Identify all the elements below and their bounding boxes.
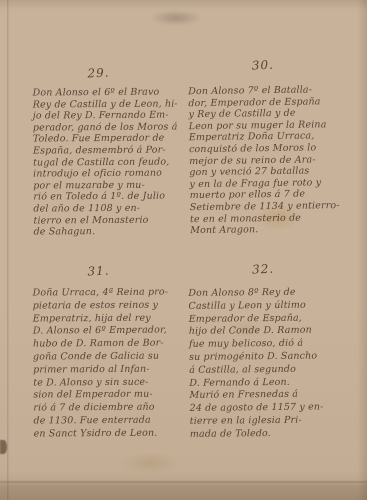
manuscript-line: pietaria de estos reinos y <box>33 299 185 313</box>
entry-29: 29. Don Alonso el 6º el BravoRey de Cast… <box>32 65 185 238</box>
entry-31-text: Doña Urraca, 4ª Reina pro-pietaria de es… <box>33 286 186 441</box>
manuscript-line: de 1130. Fue enterrada <box>33 414 185 428</box>
manuscript-line: hubo de D. Ramon de Bor- <box>33 338 185 352</box>
manuscript-line: Mont Aragon. <box>190 223 360 237</box>
page-edge-mark <box>0 440 7 454</box>
entry-29-text: Don Alonso el 6º el BravoRey de Castilla… <box>33 86 186 238</box>
manuscript-line: D. Alonso el 6º Emperador, <box>33 325 185 339</box>
manuscript-line: de Sahagun. <box>34 226 186 239</box>
manuscript-line: España, desmembró á Por- <box>33 144 185 157</box>
entry-31: 31. Doña Urraca, 4ª Reina pro-pietaria d… <box>32 263 185 441</box>
manuscript-line: goña Conde de Galicia su <box>33 350 185 364</box>
page-bottom-crease <box>0 481 367 483</box>
entry-32-text: Don Alonso 8º Rey deCastilla y Leon y úl… <box>188 286 360 441</box>
entry-31-number: 31. <box>22 261 174 281</box>
page-fold-line <box>7 0 9 500</box>
manuscript-line: rió á 7 de diciembre año <box>33 402 185 416</box>
entry-32: 32. Don Alonso 8º Rey deCastilla y Leon … <box>188 261 360 441</box>
manuscript-line: primer marido al Infan- <box>33 363 185 377</box>
entry-32-number: 32. <box>178 258 348 280</box>
entry-30-number: 30. <box>178 54 348 76</box>
manuscript-line: Toledo. Fue Emperador de <box>33 133 185 146</box>
manuscript-page: 29. Don Alonso el 6º el BravoRey de Cast… <box>0 0 367 500</box>
manuscript-line: Emperatriz, hija del rey <box>33 312 185 326</box>
manuscript-line: te D. Alonso y sin suce- <box>33 376 185 390</box>
entry-30-text: Don Alonso 7º el Batalla-dor, Emperador … <box>188 84 360 237</box>
manuscript-line: Doña Urraca, 4ª Reina pro- <box>33 286 185 300</box>
entry-30: 30. Don Alonso 7º el Batalla-dor, Empera… <box>188 57 360 237</box>
manuscript-line: Setiembre de 1134 y entierro- <box>190 200 360 214</box>
manuscript-line: sion del Emperador mu- <box>33 389 185 403</box>
paper-stain <box>120 452 180 474</box>
manuscript-line: en Sanct Ysidro de Leon. <box>34 427 186 441</box>
manuscript-line: tugal de Castilla con feudo, <box>33 156 185 169</box>
manuscript-line: jo del Rey D. Fernando Em- <box>33 110 185 123</box>
entry-29-number: 29. <box>22 63 174 83</box>
faint-top-mark <box>150 10 202 26</box>
manuscript-line: mada de Toledo. <box>190 427 360 442</box>
manuscript-line: rió en Toledo á 1º. de Julio <box>33 191 185 204</box>
